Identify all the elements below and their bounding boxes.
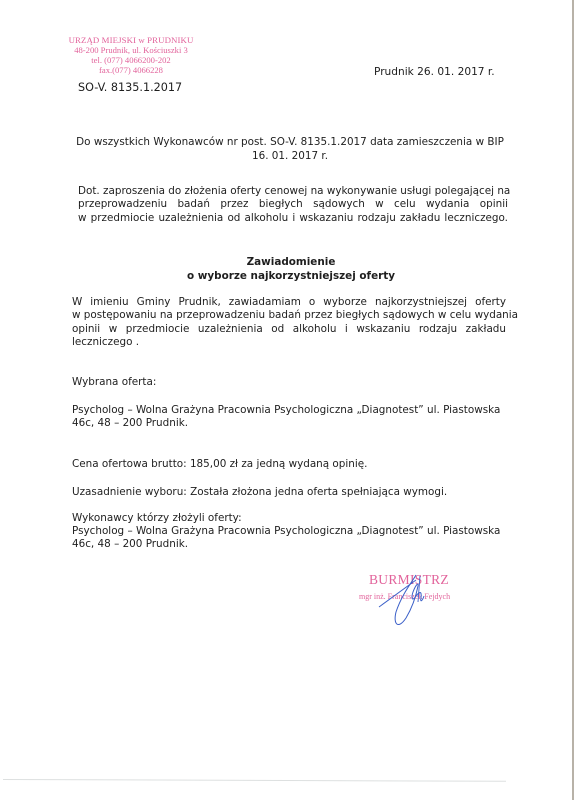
chosen-offer: Psycholog – Wolna Grażyna Pracownia Psyc… [72, 404, 487, 431]
office-stamp-title: URZĄD MIEJSKI w PRUDNIKU [66, 35, 196, 45]
chosen-offer-line: Psycholog – Wolna Grażyna Pracownia Psyc… [72, 404, 487, 417]
notice-line: opinii w przedmiocie uzależnienia od alk… [72, 323, 506, 336]
chosen-offer-line: 46c, 48 – 200 Prudnik. [72, 417, 487, 430]
office-stamp-phone: tel. (077) 4066200-202 [66, 55, 196, 65]
subject-line: przeprowadzeniu badań przez biegłych sąd… [78, 198, 508, 211]
notice-heading: Zawiadomienie o wyborze najkorzystniejsz… [150, 256, 432, 283]
notice-line: w postępowaniu na przeprowadzeniu badań … [72, 309, 506, 322]
bidders-label: Wykonawcy którzy złożyli oferty: [72, 512, 242, 524]
reference-number: SO-V. 8135.1.2017 [78, 81, 182, 94]
subject-line: w przedmiocie uzależnienia od alkoholu i… [78, 212, 508, 225]
signature-icon [376, 572, 446, 632]
bidder-line: Psycholog – Wolna Grażyna Pracownia Psyc… [72, 525, 487, 538]
addressee-line: Do wszystkich Wykonawców nr post. SO-V. … [70, 136, 510, 150]
notice-line: W imieniu Gminy Prudnik, zawiadamiam o w… [72, 296, 506, 309]
bidders-list: Psycholog – Wolna Grażyna Pracownia Psyc… [72, 525, 487, 552]
addressee-line: 16. 01. 2017 r. [70, 150, 510, 164]
selection-justification: Uzasadnienie wyboru: Została złożona jed… [72, 486, 447, 498]
office-stamp-fax: fax.(077) 4066228 [66, 65, 196, 75]
subject-line: Dot. zaproszenia do złożenia oferty ceno… [78, 185, 508, 198]
office-stamp-address: 48-200 Prudnik, ul. Kościuszki 3 [66, 45, 196, 55]
addressee: Do wszystkich Wykonawców nr post. SO-V. … [70, 136, 510, 163]
page-edge-bottom [3, 779, 506, 782]
subject-paragraph: Dot. zaproszenia do złożenia oferty ceno… [78, 185, 508, 225]
bidder-line: 46c, 48 – 200 Prudnik. [72, 538, 487, 551]
notice-paragraph: W imieniu Gminy Prudnik, zawiadamiam o w… [72, 296, 506, 349]
office-stamp: URZĄD MIEJSKI w PRUDNIKU 48-200 Prudnik,… [66, 35, 196, 75]
notice-line: leczniczego . [72, 336, 506, 349]
chosen-offer-label: Wybrana oferta: [72, 376, 156, 388]
heading-subtitle: o wyborze najkorzystniejszej oferty [150, 270, 432, 284]
offer-price: Cena ofertowa brutto: 185,00 zł za jedną… [72, 458, 367, 470]
place-date: Prudnik 26. 01. 2017 r. [374, 66, 495, 78]
heading-title: Zawiadomienie [150, 256, 432, 270]
